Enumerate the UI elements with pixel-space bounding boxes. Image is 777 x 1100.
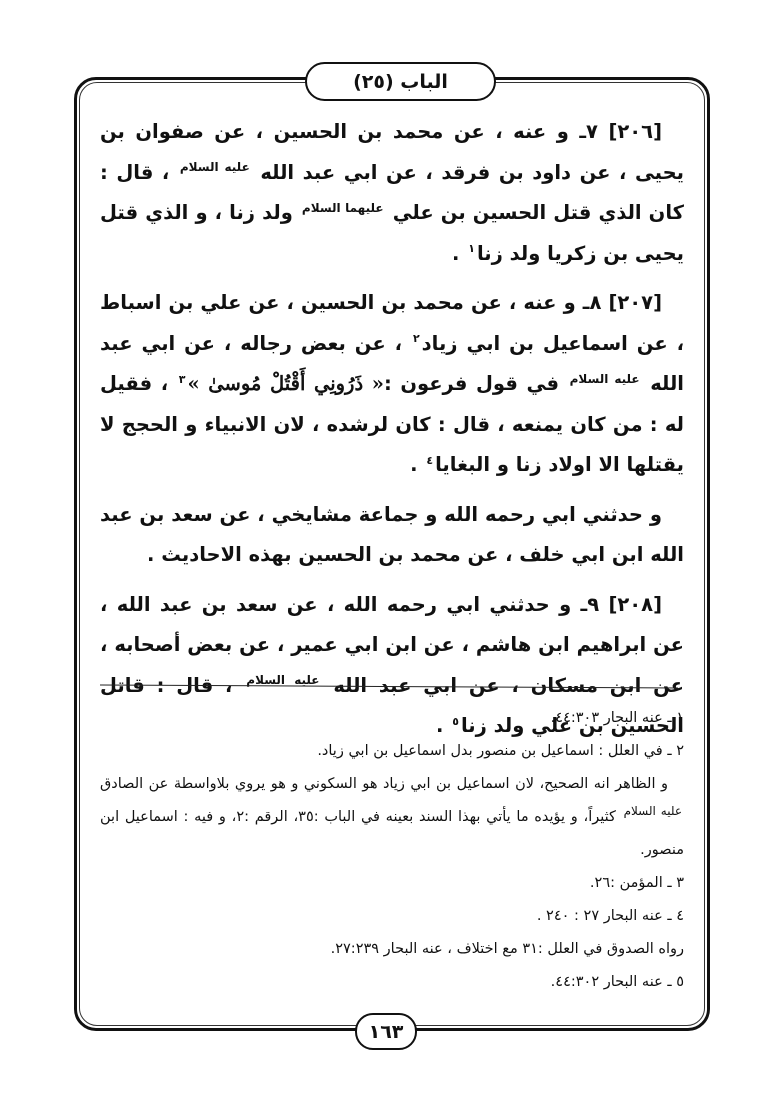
footnote-marker[interactable]: ١: [468, 242, 475, 255]
quran-quote: « ذَرُونِي أَقْتُلْ مُوسىٰ »: [187, 372, 383, 395]
footnote-4: ٤ ـ عنه البحار ٢٧ : ٢٤٠ .: [100, 900, 684, 933]
footnote-marker[interactable]: ٢: [413, 332, 420, 345]
footnote-text: كثيراً، و يؤيده ما يأتي بهذا السند بعينه…: [100, 809, 684, 858]
footnote-marker[interactable]: ٤: [426, 454, 433, 467]
hadith-206: [٢٠٦] ٧ـ و عنه ، عن محمد بن الحسين ، عن …: [100, 112, 684, 274]
hadith-text: .: [452, 242, 459, 265]
footnote-4-note: رواه الصدوق في العلل :٣١ مع اختلاف ، عنه…: [100, 933, 684, 966]
page-number-badge: ١٦٣: [355, 1013, 417, 1050]
isnad-note: و حدثني ابي رحمه الله و جماعة مشايخي ، ع…: [100, 495, 684, 576]
hadith-ref: [٢٠٧]: [608, 291, 662, 314]
hadith-text: .: [410, 453, 417, 476]
chapter-title: الباب (٢٥): [353, 71, 448, 93]
honorific-glyph: عليهما السلام: [302, 201, 384, 215]
honorific-glyph: عليه السلام: [570, 372, 640, 386]
hadith-number: ٧: [586, 120, 598, 143]
footnotes: ١ ـ عنه البحار ٤٤:٣٠٣. ٢ ـ في العلل : اس…: [100, 702, 684, 999]
footnote-3: ٣ ـ المؤمن :٢٦.: [100, 867, 684, 900]
footnote-text: و الظاهر انه الصحيح، لان اسماعيل بن ابي …: [100, 776, 668, 792]
honorific-glyph: عليه السلام: [624, 804, 682, 818]
footnote-5: ٥ ـ عنه البحار ٤٤:٣٠٢.: [100, 966, 684, 999]
hadith-text: في قول فرعون :: [384, 372, 559, 395]
main-text-body: [٢٠٦] ٧ـ و عنه ، عن محمد بن الحسين ، عن …: [100, 112, 684, 747]
hadith-number: ٨: [589, 291, 601, 314]
honorific-glyph: عليه السلام: [180, 160, 250, 174]
footnote-marker[interactable]: ٣: [179, 373, 186, 386]
chapter-title-badge: الباب (٢٥): [305, 62, 496, 101]
hadith-207: [٢٠٧] ٨ـ و عنه ، عن محمد بن الحسين ، عن …: [100, 283, 684, 486]
footnote-2-note: و الظاهر انه الصحيح، لان اسماعيل بن ابي …: [100, 768, 684, 867]
hadith-number: ٩: [587, 593, 599, 616]
footnote-2: ٢ ـ في العلل : اسماعيل بن منصور بدل اسما…: [100, 735, 684, 768]
isnad-text: و حدثني ابي رحمه الله و جماعة مشايخي ، ع…: [100, 503, 684, 567]
hadith-ref: [٢٠٨]: [608, 593, 662, 616]
page-number: ١٦٣: [369, 1021, 404, 1043]
hadith-ref: [٢٠٦]: [608, 120, 662, 143]
footnote-1: ١ ـ عنه البحار ٤٤:٣٠٣.: [100, 702, 684, 735]
